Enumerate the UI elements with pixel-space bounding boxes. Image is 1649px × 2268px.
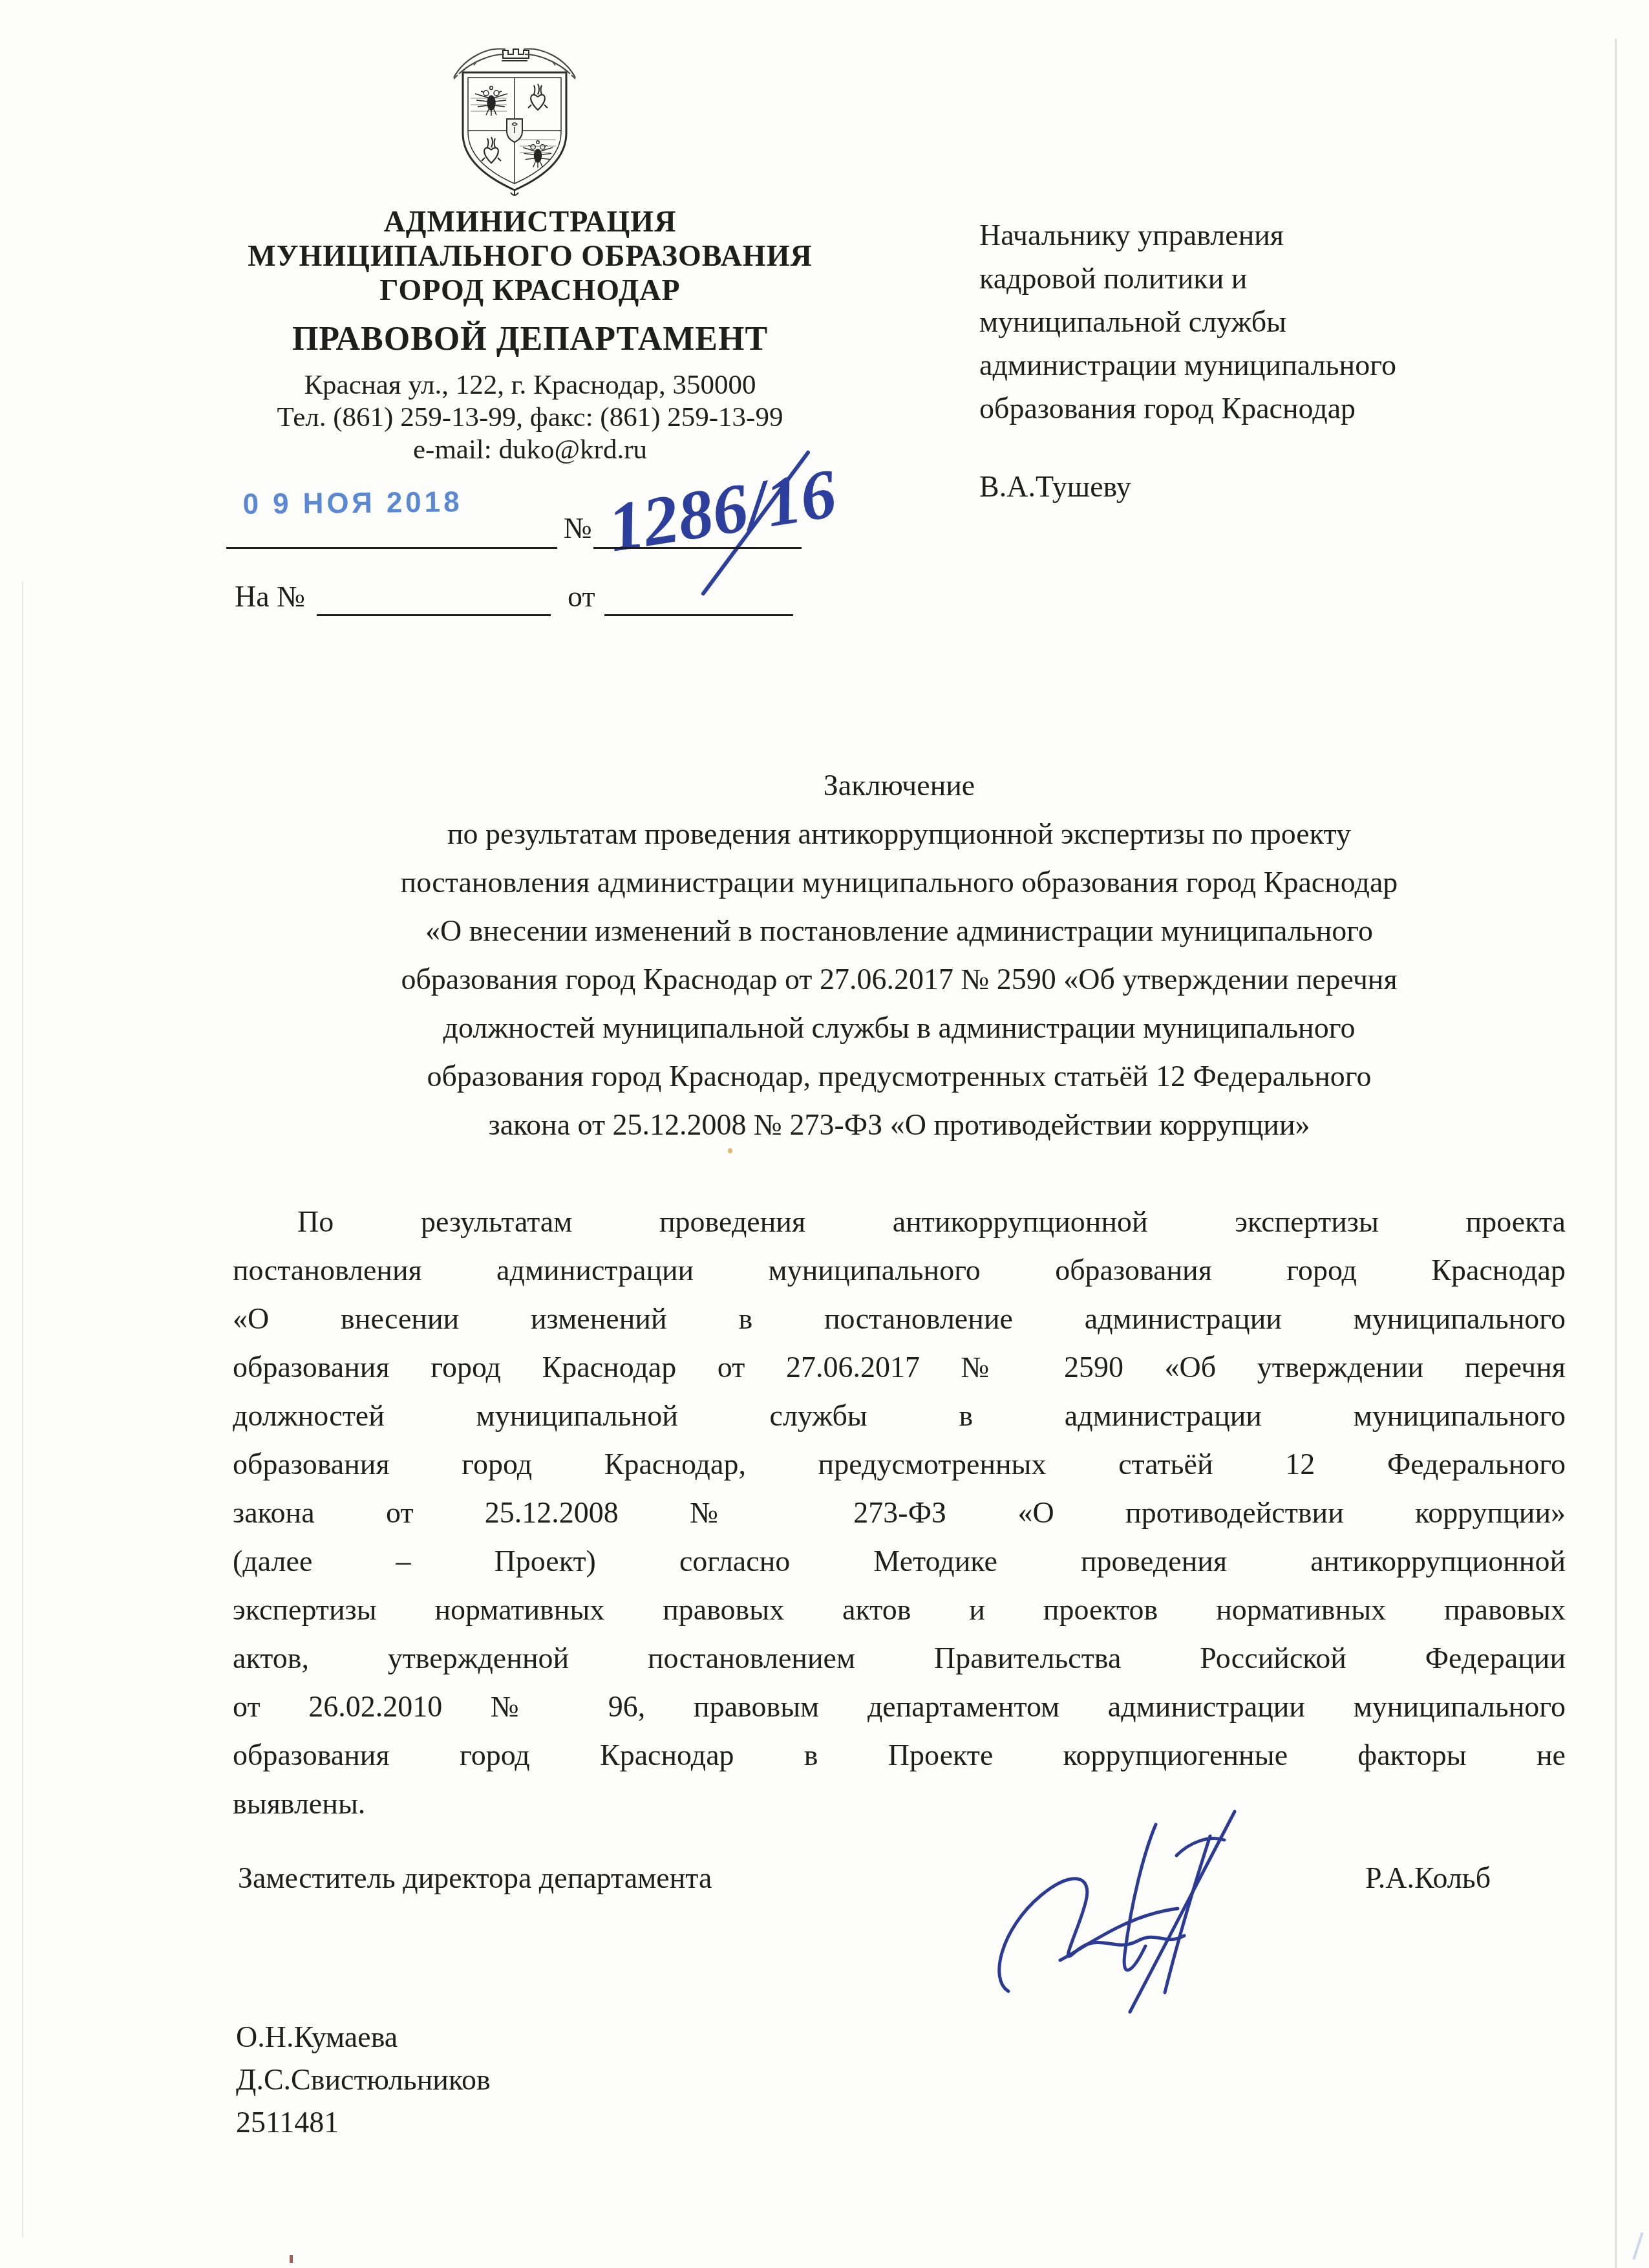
scan-speck	[1632, 2232, 1643, 2260]
org-phone: Тел. (861) 259-13-99, факс: (861) 259-13…	[207, 401, 853, 434]
number-sign-label: №	[564, 511, 592, 545]
document-title: Заключение по результатам проведения ант…	[233, 761, 1566, 1149]
scan-edge-line	[1615, 39, 1617, 2268]
title-heading: Заключение	[233, 761, 1566, 809]
scan-edge-line	[22, 582, 23, 2237]
department-name: ПРАВОВОЙ ДЕПАРТАМЕНТ	[207, 320, 853, 359]
body-line: выявлены.	[233, 1779, 1566, 1828]
scan-speck	[728, 1148, 732, 1153]
body-line: «О внесении изменений в постановление ад…	[233, 1294, 1566, 1343]
body-line: образования город Краснодар, предусмотре…	[233, 1440, 1566, 1488]
title-line: «О внесении изменений в постановление ад…	[233, 906, 1566, 955]
executor-name: О.Н.Кумаева	[236, 2016, 491, 2059]
addressee-block: Начальнику управления кадровой политики …	[979, 213, 1522, 430]
from-label: от	[568, 579, 595, 614]
on-number-underline	[317, 614, 551, 616]
org-name-line3: ГОРОД КРАСНОДАР	[207, 273, 853, 307]
title-line: должностей муниципальной службы в админи…	[233, 1003, 1566, 1052]
body-line: По результатам проведения антикоррупцион…	[233, 1197, 1566, 1246]
body-line: экспертизы нормативных правовых актов и …	[233, 1585, 1566, 1634]
on-number-label: На №	[235, 579, 305, 614]
body-line: актов, утвержденной постановлением Прави…	[233, 1634, 1566, 1682]
body-line: постановления администрации муниципально…	[233, 1246, 1566, 1294]
handwritten-outgoing-number: 1286/16	[606, 438, 878, 613]
title-line: образования город Краснодар, предусмотре…	[233, 1052, 1566, 1100]
executor-phone: 2511481	[236, 2101, 491, 2144]
addressee-line: администрации муниципального	[979, 343, 1522, 387]
body-line: должностей муниципальной службы в админи…	[233, 1391, 1566, 1440]
org-address: Красная ул., 122, г. Краснодар, 350000	[207, 369, 853, 401]
org-name-line2: МУНИЦИПАЛЬНОГО ОБРАЗОВАНИЯ	[207, 239, 853, 273]
body-line: закона от 25.12.2008 № 273-ФЗ «О противо…	[233, 1488, 1566, 1537]
executors-block: О.Н.Кумаева Д.С.Свистюльников 2511481	[236, 2016, 491, 2144]
scan-speck	[290, 2255, 293, 2263]
from-underline	[604, 614, 793, 616]
body-line: образования город Краснодар в Проекте ко…	[233, 1731, 1566, 1779]
addressee-line: кадровой политики и	[979, 257, 1522, 300]
org-name-line1: АДМИНИСТРАЦИЯ	[207, 204, 853, 239]
body-line: от 26.02.2010 № 96, правовым департамент…	[233, 1682, 1566, 1731]
title-line: закона от 25.12.2008 № 273-ФЗ «О противо…	[233, 1100, 1566, 1149]
body-line: (далее – Проект) согласно Методике прове…	[233, 1537, 1566, 1585]
date-underline	[226, 547, 557, 549]
letterhead: АДМИНИСТРАЦИЯ МУНИЦИПАЛЬНОГО ОБРАЗОВАНИЯ…	[207, 204, 853, 466]
scanned-letter-page: АДМИНИСТРАЦИЯ МУНИЦИПАЛЬНОГО ОБРАЗОВАНИЯ…	[0, 0, 1649, 2268]
addressee-line: муниципальной службы	[979, 300, 1522, 343]
addressee-name: В.А.Тушеву	[979, 469, 1131, 504]
signature-icon	[963, 1797, 1338, 2024]
date-stamp: 0 9 НОЯ 2018	[242, 485, 462, 521]
signer-position: Заместитель директора департамента	[238, 1861, 712, 1895]
title-line: постановления администрации муниципально…	[233, 858, 1566, 906]
coat-of-arms-krasnodar-icon	[438, 36, 591, 199]
svg-text:1286/16: 1286/16	[606, 455, 841, 567]
signer-name: Р.А.Кольб	[1365, 1861, 1491, 1895]
title-line: по результатам проведения антикоррупцион…	[233, 809, 1566, 858]
executor-name: Д.С.Свистюльников	[236, 2059, 491, 2101]
number-underline	[593, 547, 802, 549]
title-line: образования город Краснодар от 27.06.201…	[233, 955, 1566, 1003]
body-line: образования город Краснодар от 27.06.201…	[233, 1343, 1566, 1391]
addressee-line: Начальнику управления	[979, 213, 1522, 257]
addressee-line: образования город Краснодар	[979, 387, 1522, 430]
body-paragraph: По результатам проведения антикоррупцион…	[233, 1197, 1566, 1828]
